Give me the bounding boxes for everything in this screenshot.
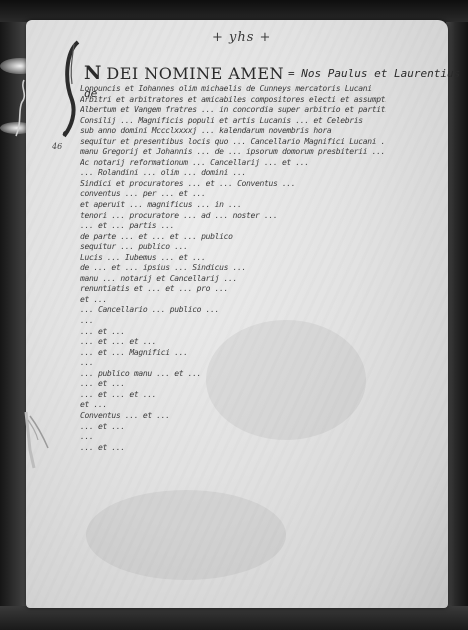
text-line: Ac notarij reformationum ... Cancellarij…	[80, 157, 386, 168]
text-line: Albertum et Vangem fratres ... in concor…	[80, 104, 386, 115]
text-line: ... et ... partis ...	[80, 220, 386, 231]
text-line: Arbitri et arbitratores et amicabiles co…	[80, 94, 386, 105]
parchment-stain	[86, 490, 286, 580]
text-line: sequitur et presentibus locis quo ... Ca…	[80, 136, 386, 147]
text-line: ... et ... et ...	[80, 389, 386, 400]
text-line: de parte ... et ... et ... publico	[80, 231, 386, 242]
text-line: ... et ... et ...	[80, 336, 386, 347]
text-line: ...	[80, 357, 386, 368]
text-line: ... Rolandini ... olim ... domini ...	[80, 167, 386, 178]
text-line: et aperuit ... magnificus ... in ...	[80, 199, 386, 210]
text-line: Conventus ... et ...	[80, 410, 386, 421]
text-line: manu ... notarij et Cancellarij ...	[80, 273, 386, 284]
text-line: et ...	[80, 399, 386, 410]
manuscript-body-text: Lonouncis et Iohannes olim michaelis de …	[80, 83, 392, 452]
text-line: ... et ...	[80, 378, 386, 389]
text-line: de ... et ... ipsius ... Sindicus ...	[80, 262, 386, 273]
text-line: Lonouncis et Iohannes olim michaelis de …	[80, 83, 386, 94]
text-line: Lucis ... Iubemus ... et ...	[80, 252, 386, 263]
text-line: ... publico manu ... et ...	[80, 368, 386, 379]
text-line: ... et ... Magnifici ...	[80, 347, 386, 358]
decorated-initial-icon	[60, 40, 82, 138]
text-line: et ...	[80, 294, 386, 305]
invocation-cross: + yhs +	[212, 30, 271, 45]
text-line: ... et ...	[80, 326, 386, 337]
heading-capitals: N	[84, 62, 100, 84]
frame-bottom-edge	[0, 606, 468, 630]
text-line: ... Cancellario ... publico ...	[80, 304, 386, 315]
text-line: sub anno domini Mccclxxxxj ... kalendaru…	[80, 125, 386, 136]
backdrop-right	[446, 22, 468, 606]
heading-invocation: DEI NOMINE AMEN	[106, 64, 284, 83]
seal-tag-icon	[20, 410, 50, 470]
text-line: ... et ...	[80, 442, 386, 453]
text-line: Consilij ... Magnificis populi et artis …	[80, 115, 386, 126]
text-line: ... et ...	[80, 421, 386, 432]
text-line: sequitur ... publico ...	[80, 241, 386, 252]
binding-string-icon	[10, 78, 30, 148]
text-line: manu Gregorij et Johannis ... de ... ips…	[80, 146, 386, 157]
text-line: ...	[80, 315, 386, 326]
margin-note: 46	[52, 142, 62, 151]
text-line: conventus ... per ... et ...	[80, 188, 386, 199]
text-line: Sindici et procuratores ... et ... Conve…	[80, 178, 386, 189]
text-line: ...	[80, 431, 386, 442]
frame-top-edge	[0, 0, 468, 22]
text-line: tenori ... procuratore ... ad ... noster…	[80, 210, 386, 221]
text-line: renuntiatis et ... et ... pro ...	[80, 283, 386, 294]
